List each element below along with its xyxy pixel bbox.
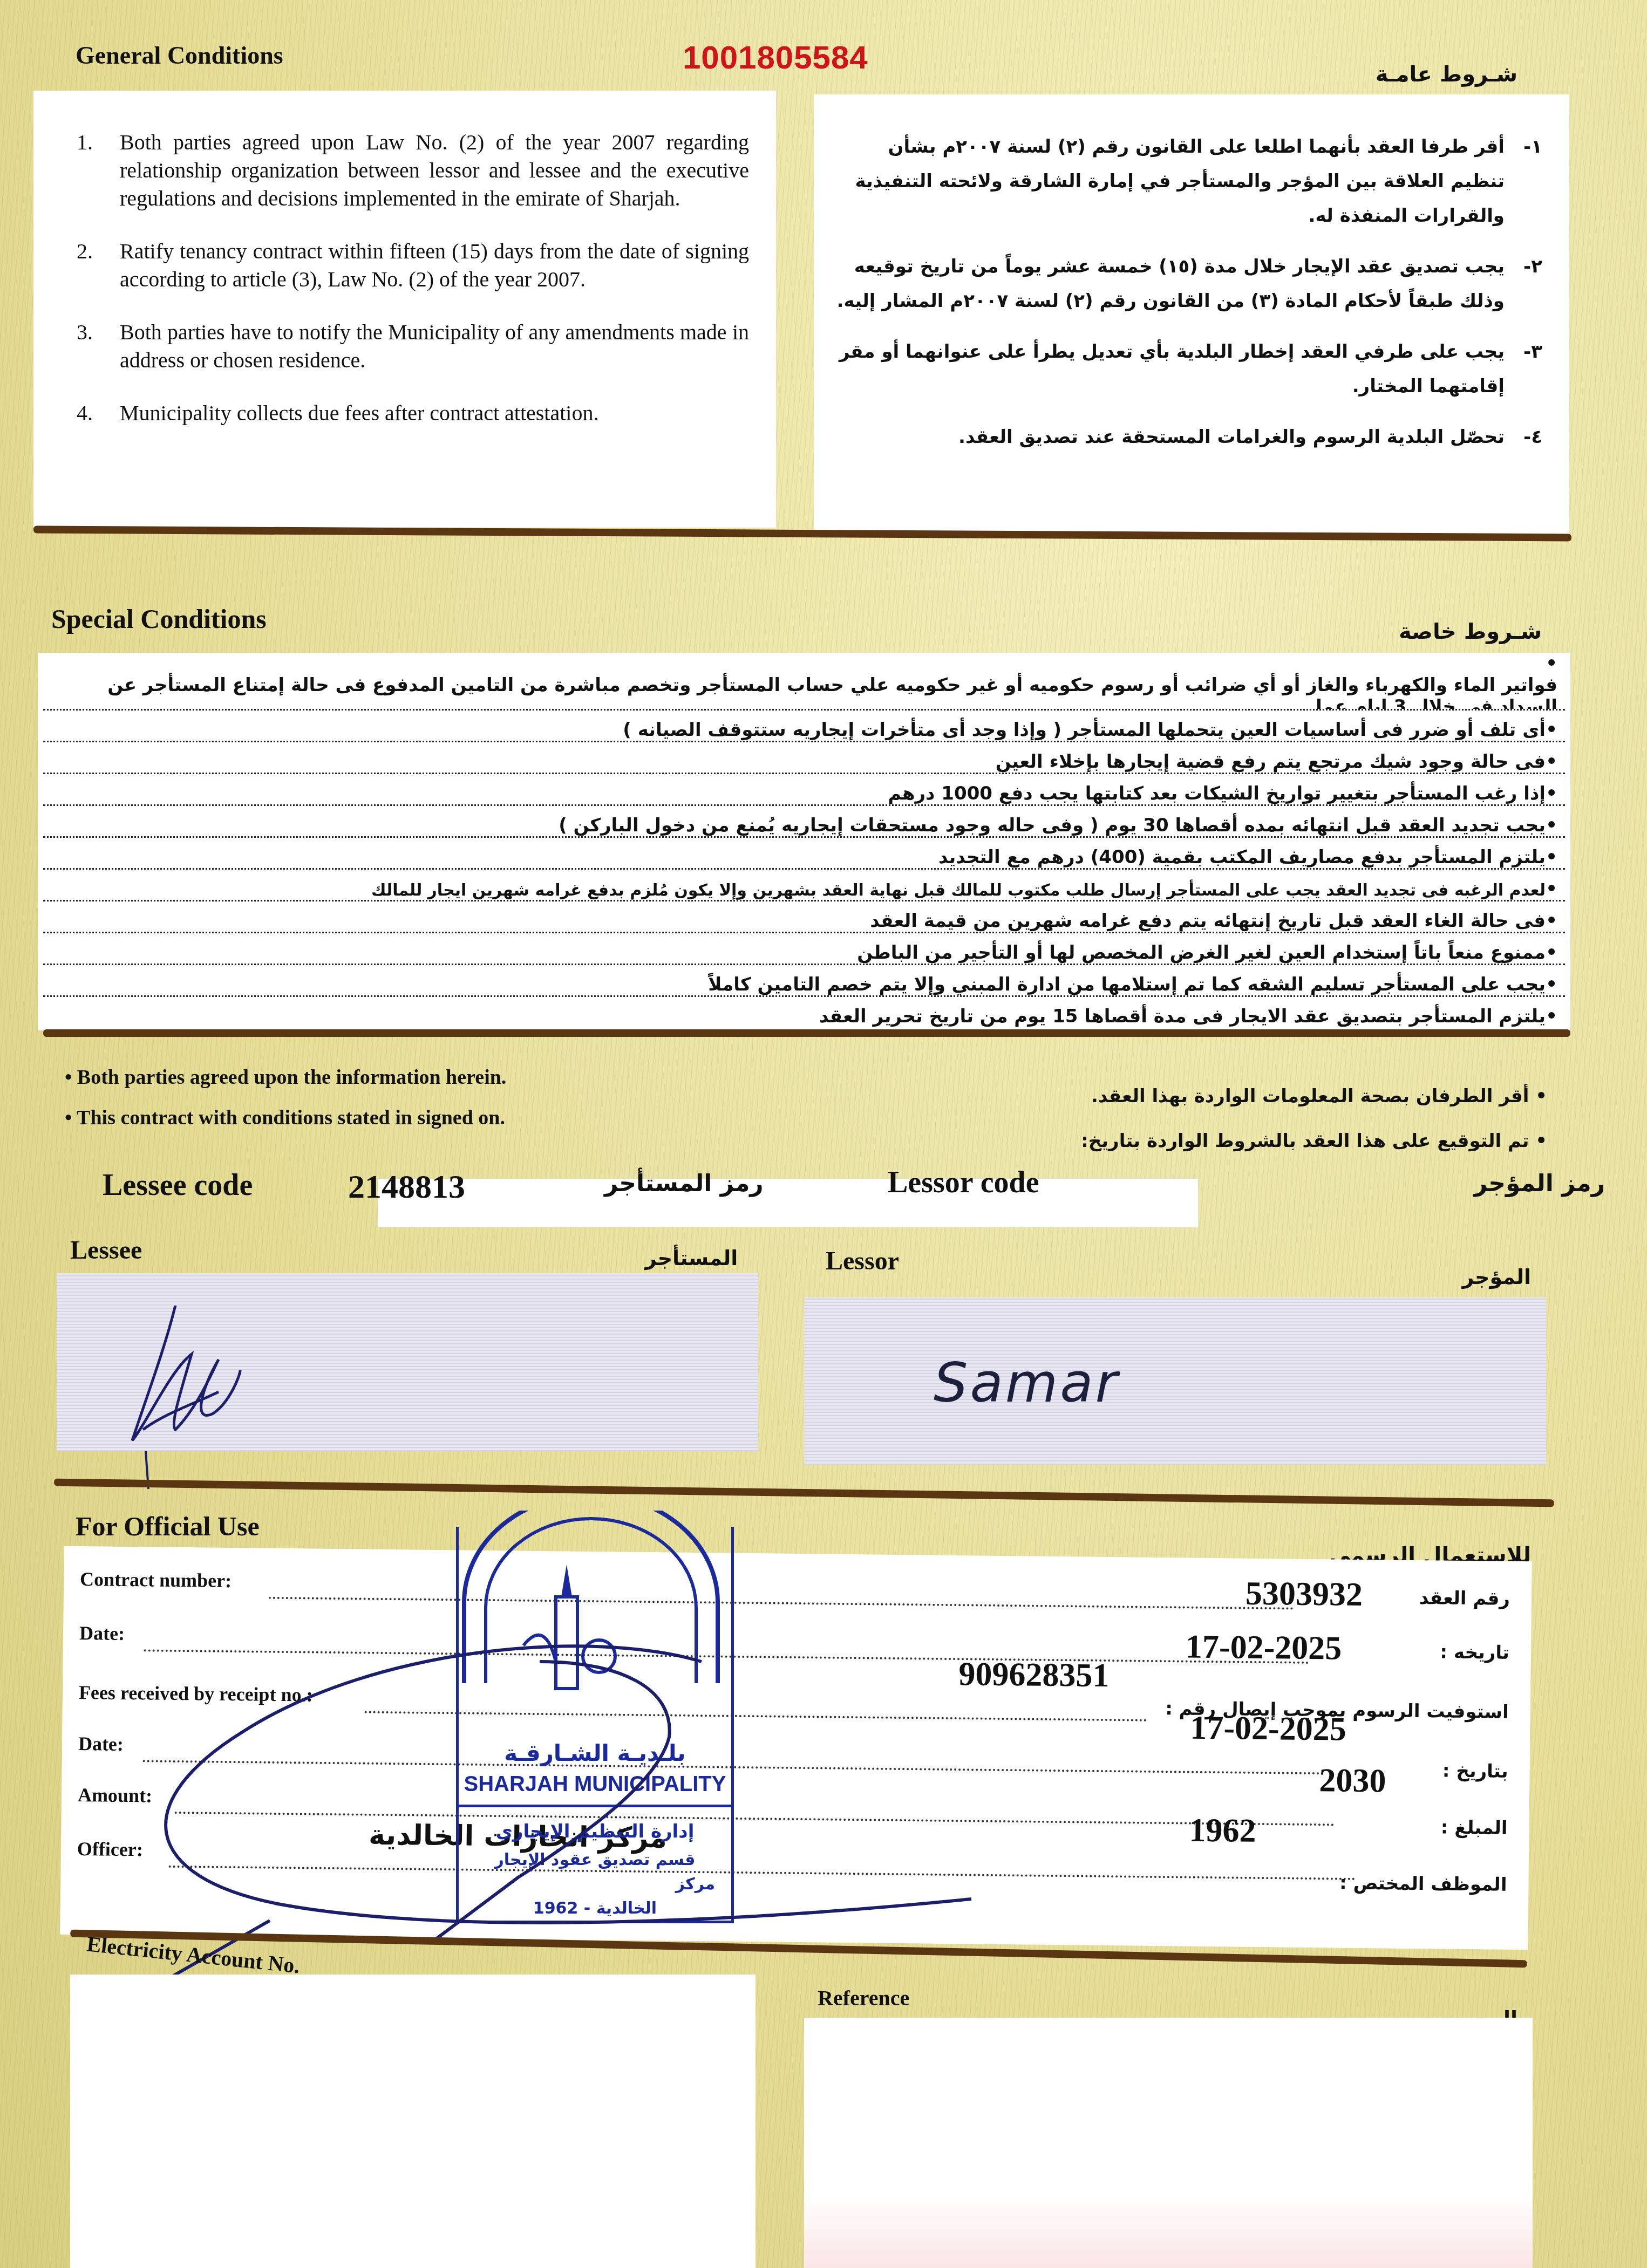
general-condition-item: 3.Both parties have to notify the Munici… bbox=[77, 318, 749, 374]
officer-value: 1962 bbox=[1189, 1812, 1256, 1850]
agreement-line-ar-1: • أقر الطرفان بصحة المعلومات الواردة بهذ… bbox=[1091, 1085, 1547, 1107]
lessor-code-label-ar: رمز المؤجر bbox=[1474, 1170, 1605, 1197]
lessor-signature: Samar bbox=[934, 1351, 1120, 1415]
agreement-line-ar-2: • تم التوقيع على هذا العقد بالشروط الوار… bbox=[1081, 1130, 1547, 1152]
special-condition-item: •فواتير الماء والكهرباء والغاز أو أي ضرا… bbox=[43, 653, 1565, 711]
special-condition-item: •لعدم الرغبه فى تجديد العقد يجب على المس… bbox=[43, 870, 1565, 901]
agreement-line-en-1: • Both parties agreed upon the informati… bbox=[65, 1065, 506, 1089]
general-condition-item-ar: ١-أقر طرفا العقد بأنهما اطلعا على القانو… bbox=[835, 129, 1542, 233]
special-condition-item: •فى حالة وجود شيك مرتجع يتم رفع قضية إيج… bbox=[43, 742, 1565, 774]
official-use-title-en: For Official Use bbox=[76, 1511, 260, 1542]
document-serial-number: 1001805584 bbox=[683, 39, 868, 76]
special-conditions-title-ar: شـروط خاصة bbox=[1399, 619, 1542, 644]
lessee-label-ar: المستأجر bbox=[645, 1246, 738, 1270]
general-conditions-title-ar: شـروط عامـة bbox=[1376, 62, 1517, 87]
section-divider bbox=[43, 1029, 1570, 1037]
special-condition-item: •فى حالة الغاء العقد قبل تاريخ إنتهائه ي… bbox=[43, 901, 1565, 933]
amount-label-ar: المبلغ : bbox=[1441, 1817, 1508, 1839]
lessee-code-value: 2148813 bbox=[348, 1168, 465, 1206]
lessor-label-en: Lessor bbox=[826, 1246, 899, 1276]
contract-date-label-ar: تاريخه : bbox=[1440, 1641, 1509, 1663]
amount-value: 2030 bbox=[1319, 1761, 1386, 1800]
general-condition-item-ar: ٤-تحصّل البلدية الرسوم والغرامات المستحق… bbox=[835, 420, 1542, 454]
special-condition-item: •ممنوع منعاً باتاً إستخدام العين لغير ال… bbox=[43, 933, 1565, 965]
officer-label-ar: الموظف المختص : bbox=[1339, 1873, 1507, 1896]
special-condition-item: •يلتزم المستأجر بتصديق عقد الايجار فى مد… bbox=[43, 997, 1565, 1027]
lessee-signature-box bbox=[57, 1273, 758, 1451]
electricity-account-box bbox=[70, 1975, 756, 2268]
officer-signature-icon bbox=[108, 1597, 1133, 1975]
general-conditions-ar-panel: ١-أقر طرفا العقد بأنهما اطلعا على القانو… bbox=[814, 94, 1569, 537]
lessee-code-label-ar: رمز المستأجر bbox=[604, 1170, 764, 1197]
special-condition-item: •يجب تجديد العقد قبل انتهائه بمده أقصاها… bbox=[43, 806, 1565, 838]
special-condition-item: •إذا رغب المستأجر بتغيير تواريخ الشيكات … bbox=[43, 774, 1565, 806]
contract-number-value: 5303932 bbox=[1246, 1575, 1363, 1614]
section-divider bbox=[54, 1479, 1554, 1507]
special-condition-item: •يلتزم المستأجر بدفع مصاريف المكتب بقمية… bbox=[43, 838, 1565, 870]
general-conditions-title-en: General Conditions bbox=[76, 41, 283, 70]
lessee-code-label-en: Lessee code bbox=[103, 1168, 253, 1203]
general-condition-item: 1.Both parties agreed upon Law No. (2) o… bbox=[77, 128, 749, 213]
special-conditions-list: •فواتير الماء والكهرباء والغاز أو أي ضرا… bbox=[38, 653, 1570, 1030]
contract-number-label: Contract number: bbox=[80, 1568, 232, 1592]
reference-label-en: Reference bbox=[818, 1985, 909, 2011]
lessor-label-ar: المؤجر bbox=[1462, 1265, 1531, 1289]
general-condition-item: 2.Ratify tenancy contract within fifteen… bbox=[77, 237, 749, 293]
general-condition-item-ar: ٣-يجب على طرفي العقد إخطار البلدية بأي ت… bbox=[835, 334, 1542, 404]
general-condition-item: 4.Municipality collects due fees after c… bbox=[77, 399, 749, 427]
contract-date-value: 17-02-2025 bbox=[1186, 1628, 1342, 1668]
receipt-date-value: 17-02-2025 bbox=[1190, 1709, 1346, 1749]
agreement-line-en-2: • This contract with conditions stated i… bbox=[65, 1106, 505, 1130]
lessee-label-en: Lessee bbox=[70, 1235, 142, 1265]
receipt-date-label-ar: بتاريخ : bbox=[1442, 1760, 1508, 1782]
reference-box bbox=[804, 2018, 1533, 2268]
special-condition-item: •أى تلف أو ضرر فى أساسيات العين يتحملها … bbox=[43, 711, 1565, 742]
general-condition-item-ar: ٢-يجب تصديق عقد الإيجار خلال مدة (١٥) خم… bbox=[835, 249, 1542, 318]
lessor-code-label-en: Lessor code bbox=[888, 1165, 1039, 1200]
lessee-signature-icon bbox=[111, 1306, 326, 1489]
general-conditions-en-panel: 1.Both parties agreed upon Law No. (2) o… bbox=[33, 91, 776, 528]
special-conditions-title-en: Special Conditions bbox=[51, 603, 267, 634]
special-condition-item: •يجب على المستأجر تسليم الشقه كما تم إست… bbox=[43, 965, 1565, 997]
contract-number-label-ar: رقم العقد bbox=[1419, 1587, 1510, 1610]
lessee-code-box bbox=[378, 1179, 1198, 1227]
lessor-signature-box: Samar bbox=[804, 1297, 1546, 1465]
